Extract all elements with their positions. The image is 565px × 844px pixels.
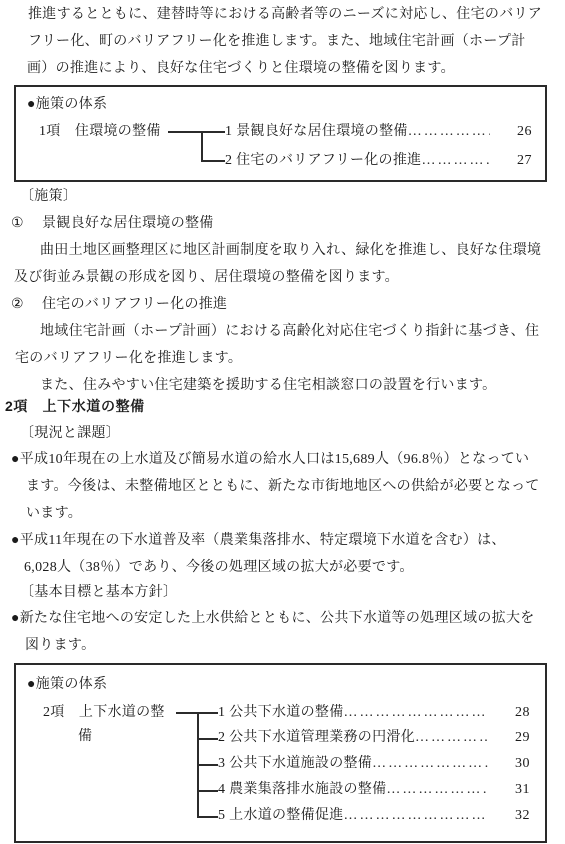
body-line: 及び街並み景観の形成を図り、居住環境の整備を図ります。 [0,264,565,291]
tree-branch-line [197,790,218,792]
toc-page-number: 32 [498,807,530,824]
scanned-plan-document-page: 推進するとともに、建替時等における高齢者等のニーズに対応し、住宅のバリア フリー… [0,0,565,844]
measure-item-2-body: 地域住宅計画（ホープ計画）における高齢化対応住宅づくり指針に基づき、住 宅のバリ… [0,318,565,399]
measure-item-title: 景観良好な居住環境の整備 [42,216,214,231]
toc-row: 5 上水道の整備促進 ……………………………………………………………………………… [218,807,530,824]
toc-page-number: 30 [498,755,530,772]
box1-section-label: 1項 住環境の整備 [39,123,161,140]
measures-heading: 〔施策〕 [0,183,565,210]
body-line: 宅のバリアフリー化を推進します。 [0,345,565,372]
toc-page-number: 27 [500,152,532,169]
box2-section-label-line1: 2項 上下水道の整 [43,704,165,721]
toc-dot-leader: ……………………………………………………………………………… [372,755,488,772]
circled-number: ② [11,291,42,318]
measure-item-2-title-row: ②住宅のバリアフリー化の推進 [0,291,565,318]
toc-row: 2 住宅のバリアフリー化の推進 ………………………………………………………………… [225,152,532,169]
toc-row: 4 農業集落排水施設の整備 ……………………………………………………………………… [218,781,530,798]
status-heading: 〔現況と課題〕 [0,420,565,447]
section2-heading-row: 2項 上下水道の整備 [0,393,565,420]
intro-line: 画）の推進により、良好な住宅づくりと住環境の整備を図ります。 [0,55,565,82]
toc-dot-leader: ……………………………………………………………………………… [344,807,489,824]
toc-row: 1 公共下水道の整備 ……………………………………………………………………………… [218,704,530,721]
tree-vertical-line [201,131,203,162]
tree-branch-line [197,738,218,740]
bullet-line: ●平成11年現在の下水道普及率（農業集落排水、特定環境下水道を含む）は、 [0,527,565,554]
bullet-line: ●平成10年現在の上水道及び簡易水道の給水人口は15,689人（96.8％）とな… [0,446,565,473]
body-line: 曲田土地区画整理区に地区計画制度を取り入れ、緑化を推進し、良好な住環境 [0,237,565,264]
goals-heading: 〔基本目標と基本方針〕 [0,579,565,606]
goals-heading-row: 〔基本目標と基本方針〕 [0,579,565,606]
toc-dot-leader: ……………………………………………………………………………… [421,152,490,169]
intro-line: フリー化、町のバリアフリー化を推進します。また、地域住宅計画（ホープ計 [0,28,565,55]
toc-dot-leader: ……………………………………………………………………………… [408,123,490,140]
policy-system-box-1: ●施策の体系 1項 住環境の整備 1 景観良好な居住環境の整備 ……………………… [14,85,547,182]
bullet-line: います。 [0,500,565,527]
toc-page-number: 28 [498,704,530,721]
bullet-line: ます。今後は、未整備地区とともに、新たな市街地地区への供給が必要となって [0,473,565,500]
measure-item-1-title-row: ①景観良好な居住環境の整備 [0,210,565,237]
box2-section-label-line2: 備 [78,728,92,745]
goals-bullet-1: ●新たな住宅地への安定した上水供給とともに、公共下水道等の処理区域の拡大を 図り… [0,605,565,659]
box2-title: ●施策の体系 [27,676,107,693]
circled-number: ① [11,210,42,237]
box1-title: ●施策の体系 [27,96,107,113]
toc-item-label: 3 公共下水道施設の整備 [218,755,372,772]
toc-dot-leader: ……………………………………………………………………………… [386,781,488,798]
toc-item-label: 1 公共下水道の整備 [218,704,344,721]
toc-item-label: 2 住宅のバリアフリー化の推進 [225,152,421,169]
bullet-line: ●新たな住宅地への安定した上水供給とともに、公共下水道等の処理区域の拡大を [0,605,565,632]
toc-row: 3 公共下水道施設の整備 ………………………………………………………………………… [218,755,530,772]
measure-item-title: 住宅のバリアフリー化の推進 [42,297,227,312]
intro-paragraph: 推進するとともに、建替時等における高齢者等のニーズに対応し、住宅のバリア フリー… [0,1,565,82]
toc-row: 1 景観良好な居住環境の整備 …………………………………………………………………… [225,123,532,140]
status-bullet-2: ●平成11年現在の下水道普及率（農業集落排水、特定環境下水道を含む）は、 6,0… [0,527,565,581]
tree-branch-line [197,764,218,766]
policy-system-box-2: ●施策の体系 2項 上下水道の整 備 1 公共下水道の整備 …………………………… [14,663,547,843]
bullet-line: 図ります。 [0,632,565,659]
measures-heading-row: 〔施策〕 [0,183,565,210]
tree-branch-line [197,816,218,818]
body-line: 地域住宅計画（ホープ計画）における高齢化対応住宅づくり指針に基づき、住 [0,318,565,345]
toc-dot-leader: ……………………………………………………………………………… [415,729,488,746]
section2-heading: 2項 上下水道の整備 [0,393,565,420]
toc-row: 2 公共下水道管理業務の円滑化 ………………………………………………………………… [218,729,530,746]
toc-item-label: 1 景観良好な居住環境の整備 [225,123,408,140]
toc-item-label: 2 公共下水道管理業務の円滑化 [218,729,415,746]
measure-item-1-body: 曲田土地区画整理区に地区計画制度を取り入れ、緑化を推進し、良好な住環境 及び街並… [0,237,565,291]
bullet-line: 6,028人（38％）であり、今後の処理区域の拡大が必要です。 [0,554,565,581]
status-bullet-1: ●平成10年現在の上水道及び簡易水道の給水人口は15,689人（96.8％）とな… [0,446,565,527]
tree-branch-line [168,131,225,133]
toc-page-number: 26 [500,123,532,140]
toc-page-number: 29 [498,729,530,746]
status-heading-row: 〔現況と課題〕 [0,420,565,447]
toc-item-label: 4 農業集落排水施設の整備 [218,781,386,798]
toc-dot-leader: ……………………………………………………………………………… [344,704,489,721]
tree-branch-line [201,160,225,162]
intro-line: 推進するとともに、建替時等における高齢者等のニーズに対応し、住宅のバリア [0,1,565,28]
toc-item-label: 5 上水道の整備促進 [218,807,344,824]
toc-page-number: 31 [498,781,530,798]
